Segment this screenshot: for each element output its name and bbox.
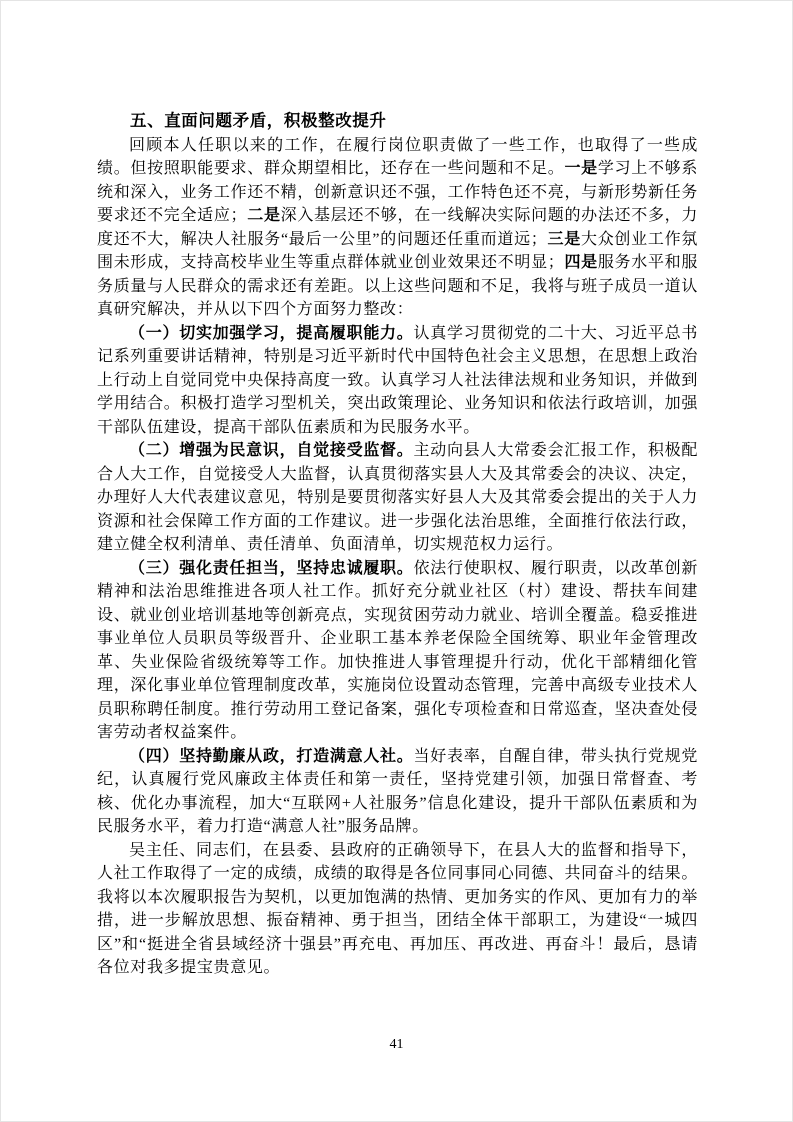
- paragraph: 吴主任、同志们，在县委、县政府的正确领导下，在县人大的监督和指导下，人社工作取得…: [97, 839, 698, 980]
- paragraph: （一）切实加强学习，提高履职能力。认真学习贯彻党的二十大、习近平总书记系列重要讲…: [97, 322, 698, 440]
- text-segment: 依法行使职权、履行职责，以改革创新精神和法治思维推进各项人社工作。抓好充分就业社…: [97, 560, 698, 742]
- paragraph: （四）坚持勤廉从政，打造满意人社。当好表率，自醒自律，带头执行党规党纪，认真履行…: [97, 745, 698, 839]
- bold-text-segment: （二）增强为民意识，自觉接受监督。: [129, 442, 414, 459]
- bold-text-segment: （四）坚持勤廉从政，打造满意人社。: [129, 748, 414, 765]
- bold-text-segment: （三）强化责任担当，坚持忠诚履职。: [129, 560, 414, 577]
- bold-text-segment: 一是: [564, 160, 597, 177]
- document-body: 回顾本人任职以来的工作，在履行岗位职责做了一些工作，也取得了一些成绩。但按照职能…: [97, 134, 698, 980]
- text-segment: 吴主任、同志们，在县委、县政府的正确领导下，在县人大的监督和指导下，人社工作取得…: [97, 842, 698, 977]
- page-number: 41: [1, 1037, 792, 1053]
- bold-text-segment: 二是: [247, 207, 280, 224]
- paragraph: （二）增强为民意识，自觉接受监督。主动向县人大常委会汇报工作，积极配合人大工作，…: [97, 439, 698, 557]
- paragraph: 回顾本人任职以来的工作，在履行岗位职责做了一些工作，也取得了一些成绩。但按照职能…: [97, 134, 698, 322]
- bold-text-segment: 四是: [564, 254, 597, 271]
- document-page: 五、直面问题矛盾，积极整改提升 回顾本人任职以来的工作，在履行岗位职责做了一些工…: [0, 0, 793, 1122]
- bold-text-segment: 三是: [547, 231, 581, 248]
- bold-text-segment: （一）切实加强学习，提高履职能力。: [129, 325, 414, 342]
- section-heading: 五、直面问题矛盾，积极整改提升: [97, 110, 696, 134]
- paragraph: （三）强化责任担当，坚持忠诚履职。依法行使职权、履行职责，以改革创新精神和法治思…: [97, 557, 698, 745]
